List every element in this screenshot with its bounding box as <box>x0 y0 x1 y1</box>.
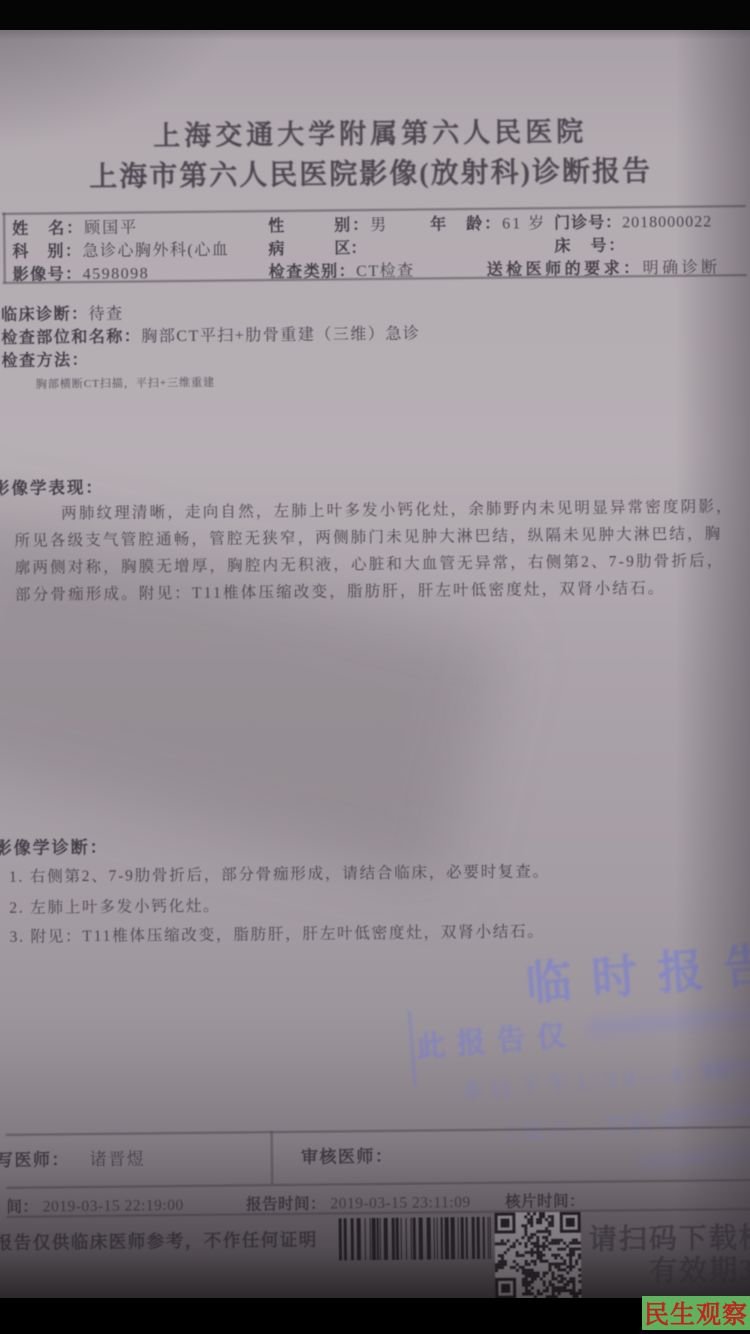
report-title: 上海市第六人民医院影像(放射科)诊断报告 <box>0 148 746 196</box>
report-content: 上海交通大学附属第六人民医院 上海市第六人民医院影像(放射科)诊断报告 姓 名：… <box>0 30 750 1298</box>
request-row: 送检医师的要求：明确诊断 <box>487 254 721 279</box>
findings-line: 廓两侧对称，胸膜无增厚，胸腔内无积液，心脏和大血管无异常，右侧第2、7-9肋骨折… <box>15 548 725 577</box>
clinic-no-label: 门诊号： <box>554 214 622 232</box>
letterbox-top <box>0 0 750 30</box>
stamp-line: 本日下午1:30—4:30 <box>459 1052 736 1107</box>
exam-type-row: 检查类别：CT检查 <box>269 258 415 283</box>
stamp-line: 此报告仅 <box>415 1012 578 1066</box>
dept-label: 科 别： <box>12 243 82 261</box>
report-time: 2019-03-15 23:11:09 <box>330 1194 470 1212</box>
image-no-row: 影像号：4598098 <box>13 260 150 284</box>
reporter-label: 写医师： <box>0 1150 70 1170</box>
patient-sex-row: 别：男 <box>334 212 388 236</box>
patient-name: 顾国平 <box>84 219 138 237</box>
letterbox-bottom <box>0 1298 750 1334</box>
patient-sex: 男 <box>370 217 388 234</box>
diagnosis-item: 2. 左肺上叶多发小钙化灶。 <box>9 894 220 918</box>
stamp-illegible-text <box>638 1140 750 1169</box>
exam-site-label: 检查部位和名称： <box>1 328 141 346</box>
diagnosis-label: 影像学诊断： <box>0 833 109 859</box>
exam-time: 2019-03-15 22:19:00 <box>43 1197 184 1215</box>
hospital-name: 上海交通大学附属第六人民医院 <box>0 108 745 155</box>
patient-name-row: 姓 名：顾国平 <box>12 214 138 238</box>
findings-line: 所见各级支气管腔通畅，管腔无狭窄，两侧肺门未见肿大淋巴结，纵隔未见肿大淋巴结，胸 <box>14 521 722 550</box>
disclaimer-text: 报告仅供临床医师参考，不作任何证明 <box>0 1227 318 1255</box>
reporter-row: 写医师： 诸晋煜 <box>0 1144 145 1171</box>
exam-method-label: 检查方法： <box>1 347 89 371</box>
stamp-illegible-text <box>587 1003 750 1037</box>
patient-dept: 急诊心胸外科(心血 <box>82 242 229 261</box>
patient-age: 61 岁 <box>502 215 546 232</box>
exam-time-label: 间： <box>6 1199 38 1216</box>
findings-line: 两肺纹理清晰，走向自然，左肺上叶多发小钙化灶，余肺野内未见明显异常密度阴影， <box>61 494 734 523</box>
clinical-diagnosis: 待查 <box>89 306 124 323</box>
patient-info-table: 姓 名：顾国平 性 别：男 年 龄：61 岁 门诊号：2018000022 科 … <box>0 30 744 34</box>
name-label: 姓 名： <box>12 220 84 238</box>
watermark-text: 民生观察 <box>644 1295 748 1331</box>
clinic-no: 2018000022 <box>622 213 712 231</box>
ward-label-1: 病 <box>268 236 284 259</box>
exam-type-label: 检查类别： <box>269 263 357 281</box>
barcode <box>339 1217 491 1261</box>
sex-label-1: 性 <box>268 213 284 236</box>
age-label: 年 龄： <box>430 216 502 234</box>
exam-type: CT检查 <box>356 263 415 281</box>
image-no-label: 影像号： <box>13 266 83 284</box>
report-time-label: 报告时间： <box>246 1196 326 1214</box>
exam-method-value: 胸部横断CT扫描，平扫+三维重建 <box>36 374 215 392</box>
reporter-name: 诸晋煜 <box>90 1149 146 1169</box>
table-border-left <box>3 213 6 283</box>
stamp-title: 临时报告 <box>523 927 750 1014</box>
dept-row: 科 别：急诊心胸外科(心血 <box>12 237 229 262</box>
temporary-report-stamp: 临时报告 此报告仅 本日下午1:30—4:30 （周六、节假日 <box>389 893 750 1216</box>
patient-age-row: 年 龄：61 岁 <box>430 210 546 234</box>
table-divider <box>271 1131 274 1184</box>
photo-of-medical-report: { "report": { "title_line1": "上海交通大学附属第六… <box>0 0 750 1334</box>
exam-site-row: 检查部位和名称：胸部CT平扫+肋骨重建（三维）急诊 <box>1 321 420 348</box>
clinical-diagnosis-label: 临床诊断： <box>1 306 89 324</box>
qr-code <box>495 1212 582 1298</box>
bed-row: 床 号： <box>554 232 626 256</box>
exam-site: 胸部CT平扫+肋骨重建（三维）急诊 <box>141 326 420 346</box>
bed-label: 床 号： <box>554 237 626 255</box>
stamp-stroke <box>408 1010 417 1085</box>
qr-hint-line2: 有效期3 <box>649 1248 750 1289</box>
findings-label: 影像学表现： <box>0 474 104 499</box>
report-paper: 上海交通大学附属第六人民医院 上海市第六人民医院影像(放射科)诊断报告 姓 名：… <box>0 30 750 1298</box>
watermark-badge: 民生观察 <box>642 1296 750 1330</box>
doctor-signature-table: 写医师： 诸晋煜 审核医师： 间： 2019-03-15 22:19:00 报告… <box>0 30 744 34</box>
findings-line: 部分骨痂形成。附见：T11椎体压缩改变，脂肪肝，肝左叶低密度灶，双肾小结石。 <box>15 576 666 605</box>
sex-label-2: 别： <box>334 217 370 234</box>
reviewer-label: 审核医师： <box>301 1147 394 1167</box>
stamp-illegible-text <box>665 1098 750 1123</box>
request-label: 送检医师的要求： <box>487 260 643 279</box>
clinical-diagnosis-row: 临床诊断：待查 <box>1 301 124 325</box>
diagnosis-item: 1. 右侧第2、7-9肋骨折后，部分骨痂形成，请结合临床，必要时复查。 <box>9 859 550 887</box>
ward-label-2: 区： <box>334 240 366 257</box>
reviewer-row: 审核医师： <box>301 1142 394 1168</box>
film-time-label: 核片时间： <box>505 1193 585 1211</box>
clinic-no-row: 门诊号：2018000022 <box>554 208 712 233</box>
image-no: 4598098 <box>83 265 150 283</box>
request-value: 明确诊断 <box>643 259 721 277</box>
ward-row: 区： <box>334 235 366 258</box>
